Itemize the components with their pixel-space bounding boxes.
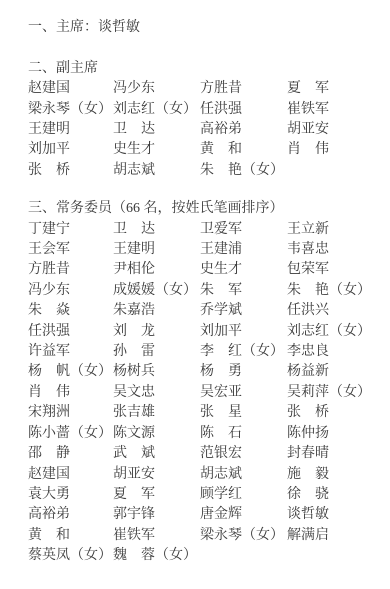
member-name: 冯少东 (113, 79, 200, 99)
member-name: 夏 军 (113, 485, 200, 505)
name-row: 高裕弟郭宇锋唐金辉谈哲敏 (28, 505, 385, 525)
member-name: 胡志斌 (113, 161, 200, 181)
member-name: 胡亚安 (113, 465, 200, 485)
member-name: 顾学红 (200, 485, 287, 505)
member-name: 卫 达 (113, 220, 200, 240)
member-name: 丁建宁 (28, 220, 113, 240)
vice-chairmen-name-grid: 赵建国冯少东方胜昔夏 军梁永琴（女）刘志红（女）任洪强崔铁军王建明卫 达高裕弟胡… (28, 79, 385, 181)
member-name: 胡志斌 (200, 465, 287, 485)
member-name: 任洪强 (200, 100, 287, 120)
name-row: 丁建宁卫 达卫爱军王立新 (28, 220, 385, 240)
member-name: 黄 和 (28, 526, 113, 546)
member-name: 赵建国 (28, 79, 113, 99)
chairman-heading: 一、主席：谈哲敏 (28, 18, 385, 38)
member-name: 方胜昔 (200, 79, 287, 99)
name-row: 袁大勇夏 军顾学红徐 骁 (28, 485, 385, 505)
member-name: 李 红（女） (200, 342, 287, 362)
member-name: 谈哲敏 (287, 505, 385, 525)
member-name: 黄 和 (200, 140, 287, 160)
name-row: 黄 和崔铁军梁永琴（女）解满启 (28, 526, 385, 546)
member-name: 包荣军 (287, 260, 385, 280)
name-row: 王建明卫 达高裕弟胡亚安 (28, 120, 385, 140)
name-row: 梁永琴（女）刘志红（女）任洪强崔铁军 (28, 100, 385, 120)
member-name: 陈 石 (200, 424, 287, 444)
name-row: 冯少东成媛媛（女）朱 军朱 艳（女） (28, 281, 385, 301)
member-name: 邵 静 (28, 444, 113, 464)
name-row: 蔡英凤（女）魏 蓉（女） (28, 546, 385, 566)
member-name: 史生才 (200, 260, 287, 280)
member-name: 吴文忠 (113, 383, 200, 403)
member-name: 崔铁军 (113, 526, 200, 546)
vice-chairmen-heading: 二、副主席 (28, 59, 385, 79)
member-name: 唐金辉 (200, 505, 287, 525)
member-name: 崔铁军 (287, 100, 385, 120)
member-name: 范银宏 (200, 444, 287, 464)
member-name: 杨 勇 (200, 362, 287, 382)
member-name: 刘加平 (200, 322, 287, 342)
name-row: 朱 焱朱嘉浩乔学斌任洪兴 (28, 301, 385, 321)
member-name: 高裕弟 (28, 505, 113, 525)
member-name: 肖 伟 (28, 383, 113, 403)
member-name: 魏 蓉（女） (113, 546, 200, 566)
member-name: 冯少东 (28, 281, 113, 301)
member-name: 韦喜忠 (287, 240, 385, 260)
member-name: 许益军 (28, 342, 113, 362)
name-row: 陈小蔷（女）陈文源陈 石陈仲扬 (28, 424, 385, 444)
member-name: 朱 艳（女） (200, 161, 287, 181)
member-name: 陈仲扬 (287, 424, 385, 444)
member-name: 杨树兵 (113, 362, 200, 382)
member-name: 陈文源 (113, 424, 200, 444)
member-name: 武 斌 (113, 444, 200, 464)
member-name: 陈小蔷（女） (28, 424, 113, 444)
member-name: 任洪兴 (287, 301, 385, 321)
section-chairman: 一、主席：谈哲敏 (28, 18, 385, 38)
section-standing-committee: 三、常务委员（66 名，按姓氏笔画排序） 丁建宁卫 达卫爱军王立新王会军王建明王… (28, 199, 385, 566)
document-page: 一、主席：谈哲敏 二、副主席 赵建国冯少东方胜昔夏 军梁永琴（女）刘志红（女）任… (0, 0, 390, 589)
member-name: 吴宏亚 (200, 383, 287, 403)
member-name: 尹相伦 (113, 260, 200, 280)
standing-committee-name-grid: 丁建宁卫 达卫爱军王立新王会军王建明王建浦韦喜忠方胜昔尹相伦史生才包荣军冯少东成… (28, 220, 385, 567)
member-name: 梁永琴（女） (200, 526, 287, 546)
member-name: 朱嘉浩 (113, 301, 200, 321)
section-vice-chairmen: 二、副主席 赵建国冯少东方胜昔夏 军梁永琴（女）刘志红（女）任洪强崔铁军王建明卫… (28, 59, 385, 181)
member-name: 高裕弟 (200, 120, 287, 140)
name-row: 方胜昔尹相伦史生才包荣军 (28, 260, 385, 280)
member-name: 朱 军 (200, 281, 287, 301)
name-row: 王会军王建明王建浦韦喜忠 (28, 240, 385, 260)
member-name: 肖 伟 (287, 140, 385, 160)
member-name: 张 星 (200, 403, 287, 423)
name-row: 赵建国胡亚安胡志斌施 毅 (28, 465, 385, 485)
name-row: 赵建国冯少东方胜昔夏 军 (28, 79, 385, 99)
member-name: 胡亚安 (287, 120, 385, 140)
member-name: 王会军 (28, 240, 113, 260)
member-name: 解满启 (287, 526, 385, 546)
member-name: 吴莉萍（女） (287, 383, 385, 403)
member-name: 夏 军 (287, 79, 385, 99)
name-row: 刘加平史生才黄 和肖 伟 (28, 140, 385, 160)
member-name: 刘志红（女） (113, 100, 200, 120)
member-name: 卫爱军 (200, 220, 287, 240)
member-name: 刘加平 (28, 140, 113, 160)
member-name: 成媛媛（女） (113, 281, 200, 301)
name-row: 邵 静武 斌范银宏封春晴 (28, 444, 385, 464)
member-name: 李忠良 (287, 342, 385, 362)
member-name: 徐 骁 (287, 485, 385, 505)
member-name: 杨益新 (287, 362, 385, 382)
member-name: 王建明 (113, 240, 200, 260)
name-row: 任洪强刘 龙刘加平刘志红（女） (28, 322, 385, 342)
member-name: 蔡英凤（女） (28, 546, 113, 566)
member-name: 刘志红（女） (287, 322, 385, 342)
member-name: 方胜昔 (28, 260, 113, 280)
name-row: 宋翔洲张吉雄张 星张 桥 (28, 403, 385, 423)
standing-committee-heading: 三、常务委员（66 名，按姓氏笔画排序） (28, 199, 385, 219)
name-row: 许益军孙 雷李 红（女）李忠良 (28, 342, 385, 362)
member-name: 任洪强 (28, 322, 113, 342)
member-name: 卫 达 (113, 120, 200, 140)
member-name: 赵建国 (28, 465, 113, 485)
member-name: 袁大勇 (28, 485, 113, 505)
member-name: 乔学斌 (200, 301, 287, 321)
member-name: 梁永琴（女） (28, 100, 113, 120)
member-name: 封春晴 (287, 444, 385, 464)
member-name: 王立新 (287, 220, 385, 240)
member-name: 郭宇锋 (113, 505, 200, 525)
member-name: 张 桥 (287, 403, 385, 423)
name-row: 杨 帆（女）杨树兵杨 勇杨益新 (28, 362, 385, 382)
member-name: 孙 雷 (113, 342, 200, 362)
member-name: 朱 艳（女） (287, 281, 385, 301)
member-name: 施 毅 (287, 465, 385, 485)
member-name: 王建明 (28, 120, 113, 140)
member-name: 史生才 (113, 140, 200, 160)
name-row: 肖 伟吴文忠吴宏亚吴莉萍（女） (28, 383, 385, 403)
member-name: 宋翔洲 (28, 403, 113, 423)
member-name: 刘 龙 (113, 322, 200, 342)
member-name: 王建浦 (200, 240, 287, 260)
member-name: 朱 焱 (28, 301, 113, 321)
member-name: 张 桥 (28, 161, 113, 181)
member-name: 张吉雄 (113, 403, 200, 423)
member-name: 杨 帆（女） (28, 362, 113, 382)
name-row: 张 桥胡志斌朱 艳（女） (28, 161, 385, 181)
